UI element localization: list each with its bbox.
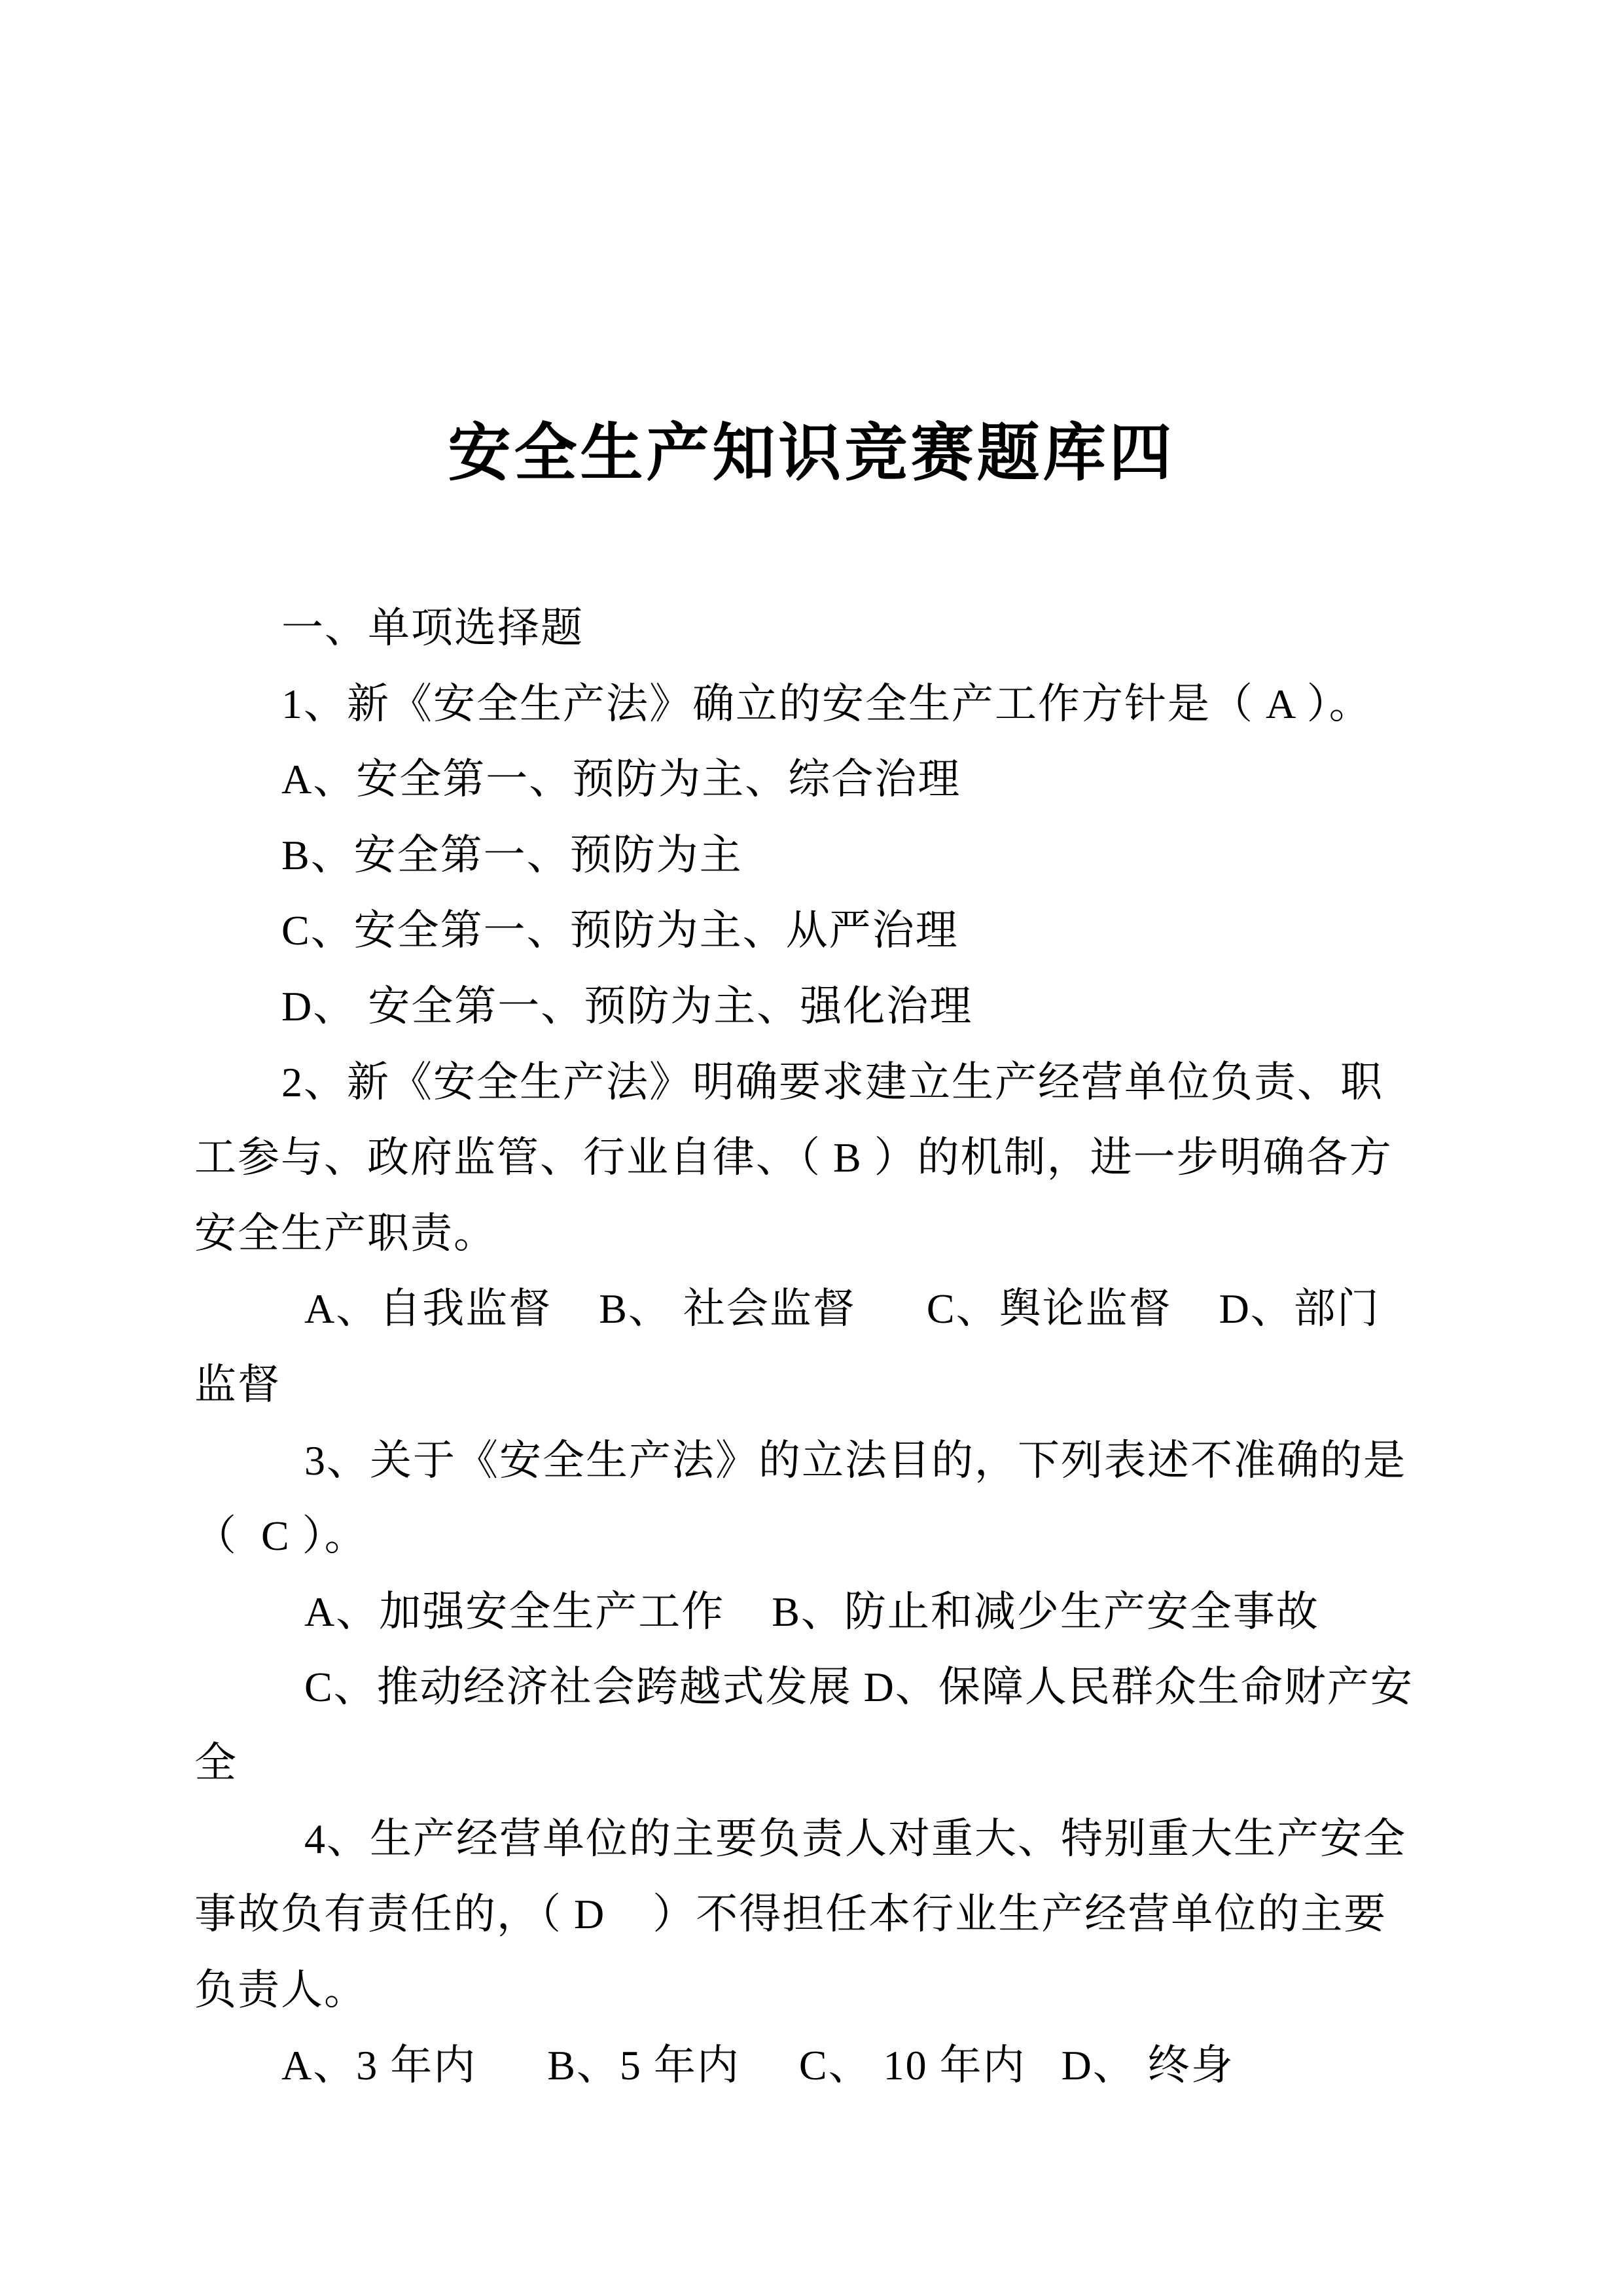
q2-options: A、自我监督 B、 社会监督 C、舆论监督 D、部门 (194, 1271, 1441, 1347)
q1-option-b: B、安全第一、预防为主 (194, 817, 1441, 893)
q1-option-d: D、 安全第一、预防为主、强化治理 (194, 969, 1441, 1045)
q1-option-a: A、安全第一、预防为主、综合治理 (194, 742, 1441, 817)
q3-options-overflow: 全 (194, 1725, 1441, 1801)
question-4-line-3: 负责人。 (194, 1952, 1441, 2028)
question-4-line-1: 4、生产经营单位的主要负责人对重大、特别重大生产安全 (194, 1801, 1441, 1877)
document-page: 安全生产知识竞赛题库四 一、单项选择题 1、新《安全生产法》确立的安全生产工作方… (0, 0, 1623, 2296)
section-heading: 一、单项选择题 (194, 590, 1441, 666)
document-body: 一、单项选择题 1、新《安全生产法》确立的安全生产工作方针是（ A ）。 A、安… (194, 590, 1441, 2104)
q1-option-c: C、安全第一、预防为主、从严治理 (194, 893, 1441, 969)
question-3-line-1: 3、关于《安全生产法》的立法目的，下列表述不准确的是 (194, 1423, 1441, 1499)
q4-options: A、3 年内 B、5 年内 C、 10 年内 D、 终身 (194, 2028, 1441, 2104)
question-1: 1、新《安全生产法》确立的安全生产工作方针是（ A ）。 (194, 666, 1441, 742)
question-2-line-3: 安全生产职责。 (194, 1196, 1441, 1272)
q3-options-ab: A、加强安全生产工作 B、防止和减少生产安全事故 (194, 1574, 1441, 1650)
q3-options-cd: C、推动经济社会跨越式发展 D、保障人民群众生命财产安 (194, 1649, 1441, 1725)
q2-options-overflow: 监督 (194, 1347, 1441, 1423)
document-title: 安全生产知识竞赛题库四 (0, 419, 1623, 488)
question-2-line-1: 2、新《安全生产法》明确要求建立生产经营单位负责、职 (194, 1045, 1441, 1121)
question-2-line-2: 工参与、政府监管、行业自律、（ B ）的机制，进一步明确各方 (194, 1120, 1441, 1196)
question-3-line-2: （ C ）。 (194, 1498, 1441, 1574)
question-4-line-2: 事故负有责任的，（ D ）不得担任本行业生产经营单位的主要 (194, 1876, 1441, 1952)
